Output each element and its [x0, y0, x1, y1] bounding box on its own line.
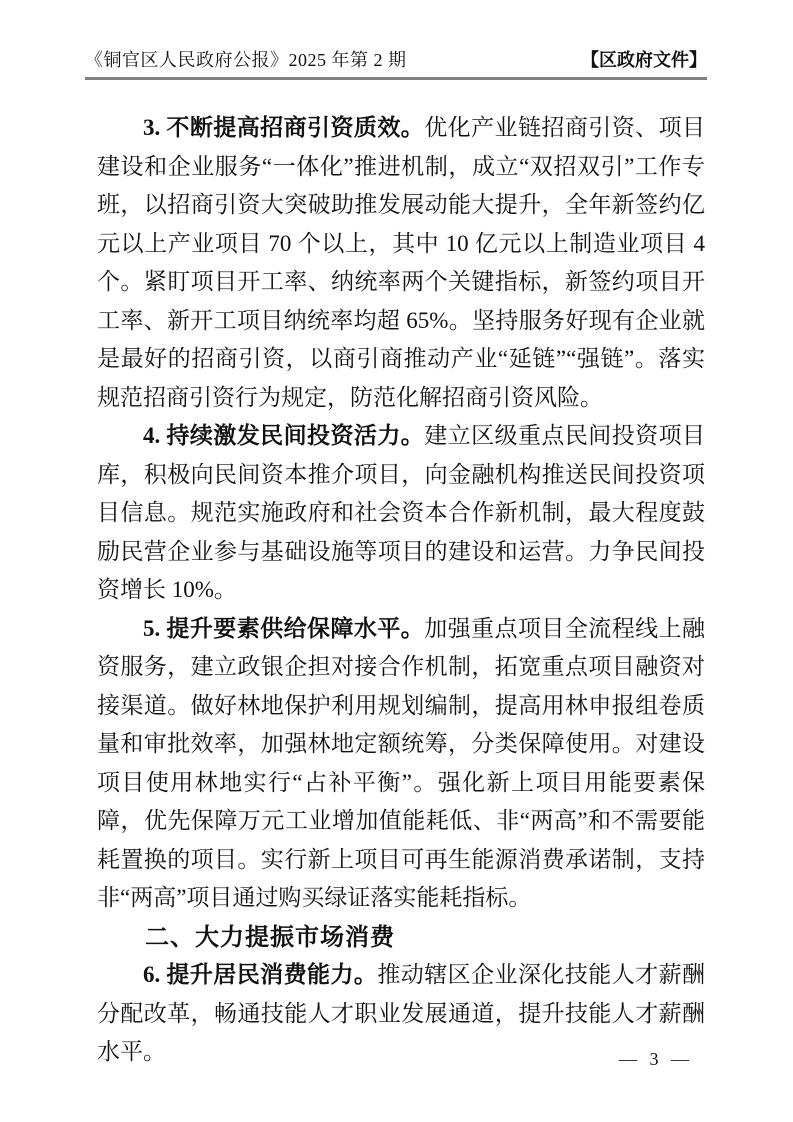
paragraph-3-text: 优化产业链招商引资、项目建设和企业服务“一体化”推进机制，成立“双招双引”工作专…: [97, 115, 705, 410]
page-header: 《铜官区人民政府公报》2025 年第 2 期 【区政府文件】: [0, 0, 793, 72]
paragraph-item-5: 5. 提升要素供给保障水平。加强重点项目全流程线上融资服务，建立政银企担对接合作…: [97, 610, 705, 918]
paragraph-5-lead: 5. 提升要素供给保障水平。: [143, 616, 424, 641]
section-heading-2: 二、大力提振市场消费: [97, 918, 705, 957]
gazette-page: 《铜官区人民政府公报》2025 年第 2 期 【区政府文件】 3. 不断提高招商…: [0, 0, 793, 1122]
paragraph-5-text: 加强重点项目全流程线上融资服务，建立政银企担对接合作机制，拓宽重点项目融资对接渠…: [97, 616, 705, 911]
document-body: 3. 不断提高招商引资质效。优化产业链招商引资、项目建设和企业服务“一体化”推进…: [0, 80, 793, 1072]
paragraph-6-lead: 6. 提升居民消费能力。: [143, 962, 377, 987]
paragraph-item-6: 6. 提升居民消费能力。推动辖区企业深化技能人才薪酬分配改革，畅通技能人才职业发…: [97, 956, 705, 1072]
paragraph-item-4: 4. 持续激发民间投资活力。建立区级重点民间投资项目库，积极向民间资本推介项目，…: [97, 417, 705, 610]
paragraph-item-3: 3. 不断提高招商引资质效。优化产业链招商引资、项目建设和企业服务“一体化”推进…: [97, 109, 705, 417]
page-number: — 3 —: [619, 1049, 693, 1070]
document-category-label: 【区政府文件】: [581, 48, 707, 72]
paragraph-4-lead: 4. 持续激发民间投资活力。: [143, 423, 424, 448]
paragraph-3-lead: 3. 不断提高招商引资质效。: [143, 115, 424, 140]
gazette-title-issue: 《铜官区人民政府公报》2025 年第 2 期: [85, 48, 407, 72]
paragraph-4-text: 建立区级重点民间投资项目库，积极向民间资本推介项目，向金融机构推送民间投资项目信…: [97, 423, 705, 602]
